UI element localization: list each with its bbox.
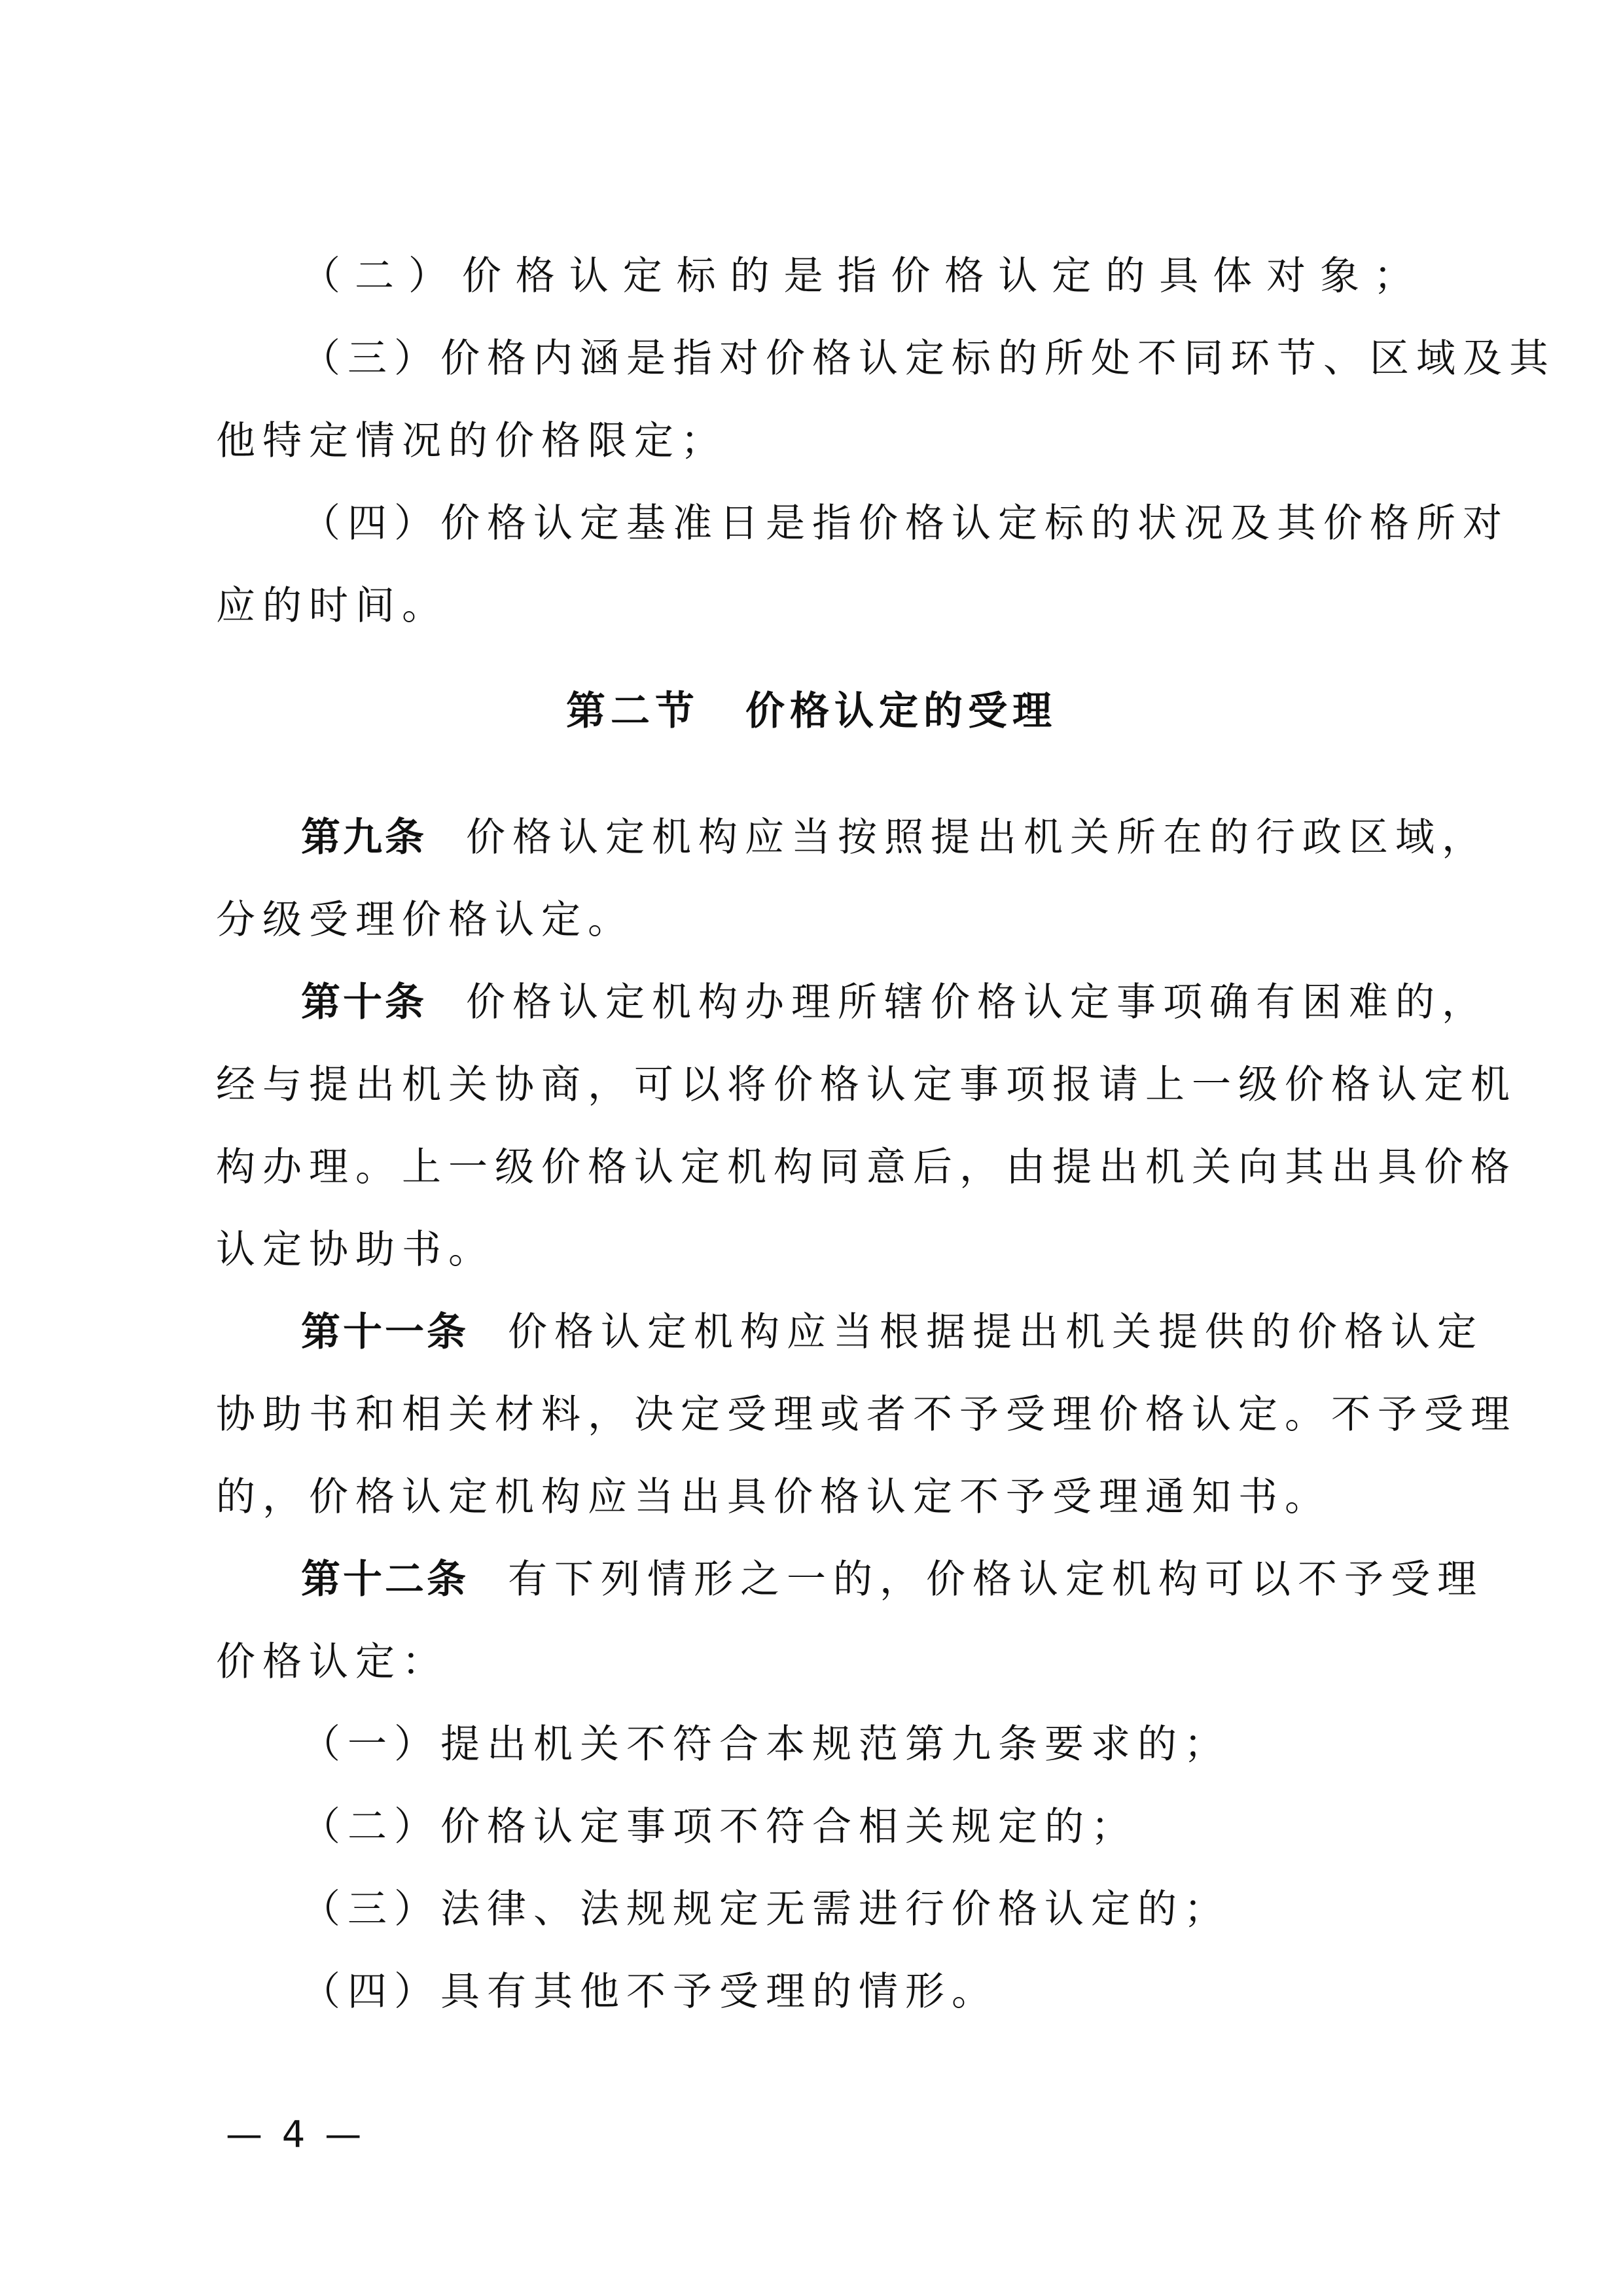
article-10-line-2: 经与提出机关协商，可以将价格认定事项报请上一级价格认定机: [216, 1059, 1420, 1111]
article-11-line-2: 协助书和相关材料，决定受理或者不予受理价格认定。不予受理: [216, 1388, 1420, 1441]
definition-item-2: （二）价格认定标的是指价格认定的具体对象；: [301, 250, 1420, 302]
section-title: 价格认定的受理: [745, 688, 1057, 734]
article-12-text: 有下列情形之一的，价格认定机构可以不予受理: [508, 1557, 1484, 1602]
article-12-line-1: 第十二条有下列情形之一的，价格认定机构可以不予受理: [301, 1553, 1420, 1606]
article-12-item-1: （一）提出机关不符合本规范第九条要求的；: [301, 1718, 1420, 1771]
article-11-text: 价格认定机构应当根据提出机关提供的价格认定: [508, 1309, 1484, 1355]
article-12-item-3: （三）法律、法规规定无需进行价格认定的；: [301, 1883, 1420, 1935]
article-9-line-2: 分级受理价格认定。: [216, 894, 1420, 946]
article-12-item-2: （二）价格认定事项不符合相关规定的；: [301, 1801, 1420, 1853]
article-10-line-4: 认定协助书。: [216, 1224, 1420, 1276]
page-number: — 4 —: [226, 2112, 365, 2158]
article-9-text: 价格认定机构应当按照提出机关所在的行政区域，: [466, 815, 1488, 860]
article-10-line-3: 构办理。上一级价格认定机构同意后，由提出机关向其出具价格: [216, 1141, 1420, 1193]
definition-item-4-line-1: （四）价格认定基准日是指价格认定标的状况及其价格所对: [301, 497, 1420, 550]
document-page: （二）价格认定标的是指价格认定的具体对象； （三）价格内涵是指对价格认定标的所处…: [0, 0, 1623, 2296]
article-11-label: 第十一条: [301, 1309, 469, 1355]
section-number: 第二节: [566, 688, 700, 734]
definition-item-3-line-1: （三）价格内涵是指对价格认定标的所处不同环节、区域及其: [301, 332, 1420, 385]
section-heading: 第二节价格认定的受理: [0, 685, 1623, 737]
definition-item-3-line-2: 他特定情况的价格限定；: [216, 415, 1420, 467]
article-12-label: 第十二条: [301, 1557, 469, 1602]
article-12-line-2: 价格认定：: [216, 1636, 1420, 1688]
article-12-item-4: （四）具有其他不予受理的情形。: [301, 1966, 1420, 2018]
article-9-line-1: 第九条价格认定机构应当按照提出机关所在的行政区域，: [301, 811, 1420, 864]
definition-item-4-line-2: 应的时间。: [216, 580, 1420, 632]
article-10-text: 价格认定机构办理所辖价格认定事项确有困难的，: [466, 980, 1488, 1025]
article-11-line-3: 的，价格认定机构应当出具价格认定不予受理通知书。: [216, 1471, 1420, 1523]
article-10-line-1: 第十条价格认定机构办理所辖价格认定事项确有困难的，: [301, 976, 1420, 1029]
article-11-line-1: 第十一条价格认定机构应当根据提出机关提供的价格认定: [301, 1306, 1420, 1358]
article-10-label: 第十条: [301, 980, 427, 1025]
article-9-label: 第九条: [301, 815, 427, 860]
